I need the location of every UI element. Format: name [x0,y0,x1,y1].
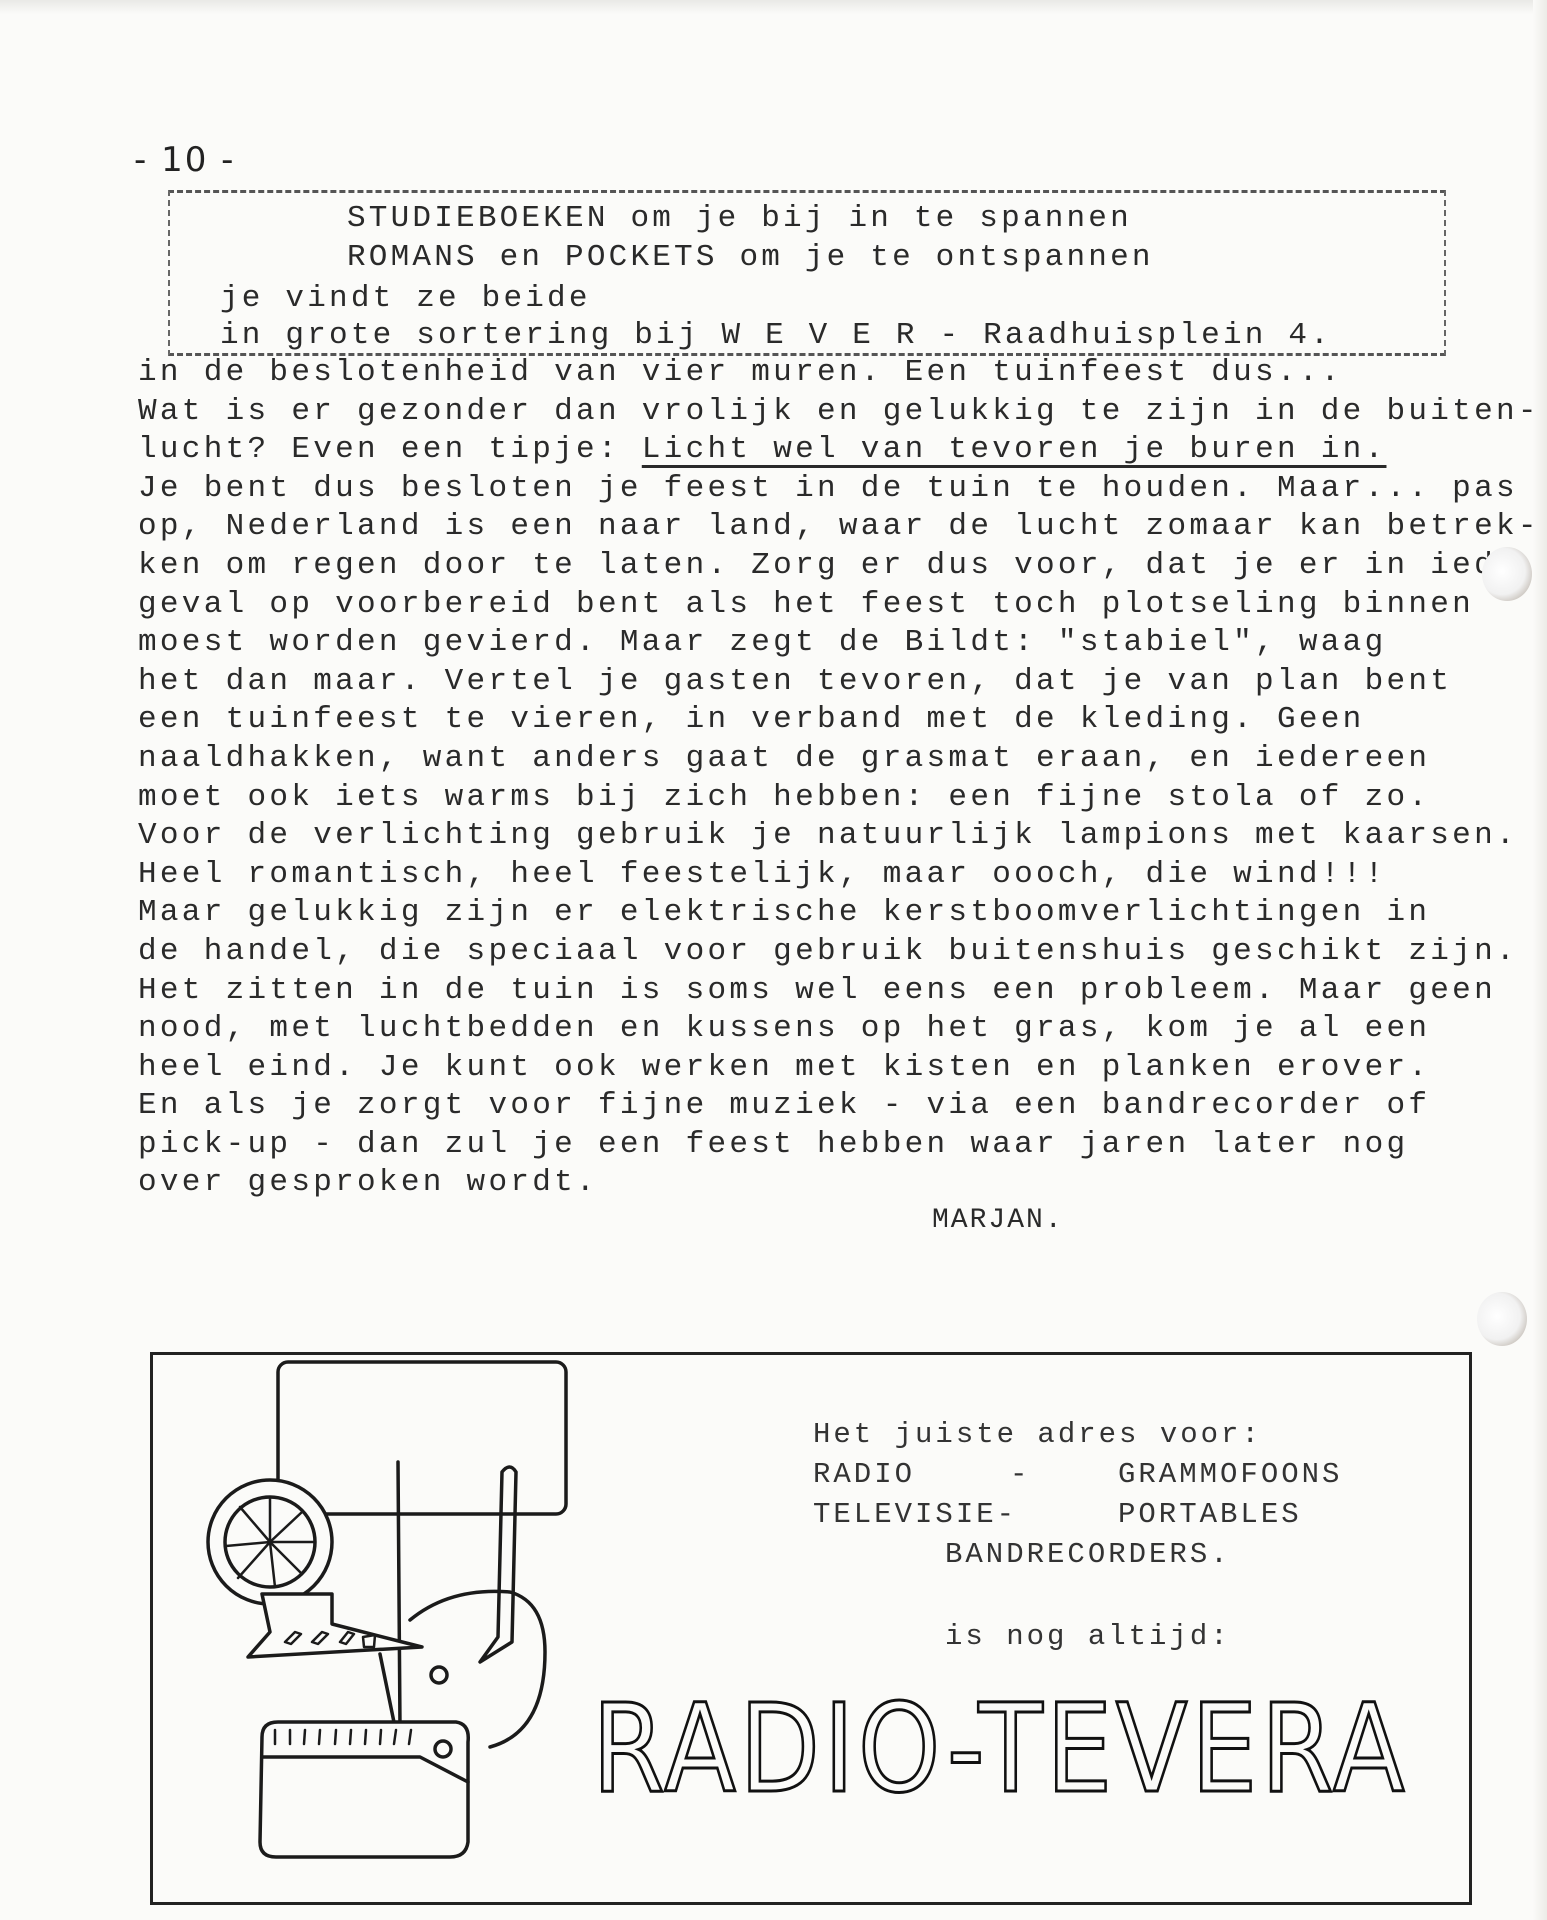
bookstore-ad-line-3: je vindt ze beide [220,283,591,314]
article-line: En als je zorgt voor fijne muziek - via … [138,1087,1528,1126]
punch-hole-icon [1477,1292,1527,1346]
paper-top-edge [0,0,1547,14]
article-line: Maar gelukkig zijn er elektrische kerstb… [138,894,1528,933]
ad-item-radio: RADIO [813,1458,915,1491]
paper-right-edge [1533,0,1547,1920]
ad-intro: Het juiste adres voor: [813,1418,1262,1451]
article-line: ken om regen door te laten. Zorg er dus … [138,547,1528,586]
ad-item-grammofoons: GRAMMOFOONS [1118,1458,1342,1491]
article-line: over gesproken wordt. [138,1164,1528,1203]
article-line: in de beslotenheid van vier muren. Een t… [138,354,1528,393]
article-line: Het zitten in de tuin is soms wel eens e… [138,972,1528,1011]
ad-tagline: is nog altijd: [945,1620,1231,1653]
article-line-text: lucht? Even een tipje: [138,432,642,467]
ad-item-portables: PORTABLES [1118,1498,1302,1531]
bookstore-ad-line-1: STUDIEBOEKEN om je bij in te spannen [347,203,1132,234]
article-line: moet ook iets warms bij zich hebben: een… [138,779,1528,818]
article-line: naaldhakken, want anders gaat de grasmat… [138,740,1528,779]
article-line: een tuinfeest te vieren, in verband met … [138,701,1528,740]
ad-separator: - [1010,1458,1030,1491]
radio-tv-illustration-icon [150,1352,750,1905]
bookstore-ad-line-2: ROMANS en POCKETS om je te ontspannen [347,242,1154,273]
article-line: lucht? Even een tipje: Licht wel van tev… [138,431,1528,470]
ad-item-televisie: TELEVISIE- [813,1498,1017,1531]
article-line: op, Nederland is een naar land, waar de … [138,508,1528,547]
article-line: Wat is er gezonder dan vrolijk en gelukk… [138,393,1528,432]
page-number: - 10 - [134,140,235,180]
bookstore-ad-line-4: in grote sortering bij W E V E R - Raadh… [220,320,1332,351]
article-body: in de beslotenheid van vier muren. Een t… [138,354,1528,1203]
article-line: heel eind. Je kunt ook werken met kisten… [138,1049,1528,1088]
underlined-tip: Licht wel van tevoren je buren in. [642,432,1387,467]
article-line: pick-up - dan zul je een feest hebben wa… [138,1126,1528,1165]
punch-hole-icon [1482,547,1532,601]
article-line: de handel, die speciaal voor gebruik bui… [138,933,1528,972]
author-signature: MARJAN. [932,1205,1064,1236]
article-line: Heel romantisch, heel feestelijk, maar o… [138,856,1528,895]
ad-item-bandrecorders: BANDRECORDERS. [945,1538,1231,1571]
article-line: nood, met luchtbedden en kussens op het … [138,1010,1528,1049]
article-line: Voor de verlichting gebruik je natuurlij… [138,817,1528,856]
article-line: geval op voorbereid bent als het feest t… [138,586,1528,625]
article-line: Je bent dus besloten je feest in de tuin… [138,470,1528,509]
brand-logo-radio-tevera: RADIO-TEVERA [592,1688,1408,1810]
article-line: moest worden gevierd. Maar zegt de Bildt… [138,624,1528,663]
article-line: het dan maar. Vertel je gasten tevoren, … [138,663,1528,702]
